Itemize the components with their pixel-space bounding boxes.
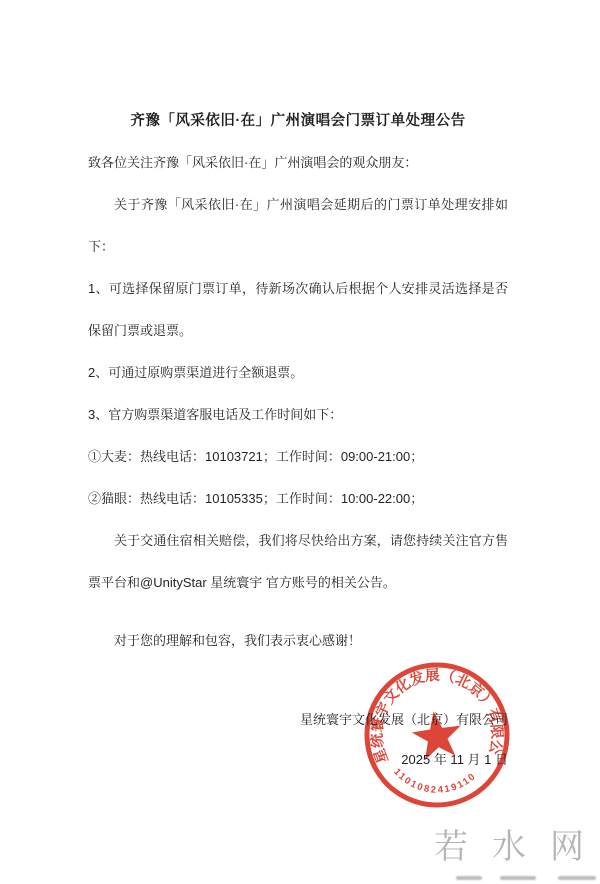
page-title: 齐豫「风采依旧·在」广州演唱会门票订单处理公告 bbox=[88, 106, 508, 136]
hotline-maoyan: ②猫眼：热线电话：10105335；工作时间：10:00-22:00； bbox=[88, 478, 508, 520]
hotline-damai: ①大麦：热线电话：10103721；工作时间：09:00-21:00； bbox=[88, 436, 508, 478]
list-item-3: 3、官方购票渠道客服电话及工作时间如下： bbox=[88, 394, 508, 436]
watermark-text: 若水网 bbox=[434, 829, 600, 865]
list-item-1: 1、可选择保留原门票订单，待新场次确认后根据个人安排灵活选择是否保留门票或退票。 bbox=[88, 268, 508, 352]
watermark-subtext-3 bbox=[558, 876, 596, 880]
signature-block: 星统寰宇文化发展（北京）有限公司 2025 年 11 月 1 日 bbox=[188, 700, 508, 780]
company-name: 星统寰宇文化发展（北京）有限公司 bbox=[188, 700, 508, 740]
announcement-document: 齐豫「风采依旧·在」广州演唱会门票订单处理公告 致各位关注齐豫「风采依旧·在」广… bbox=[0, 0, 600, 884]
date-line: 2025 年 11 月 1 日 bbox=[188, 740, 508, 780]
watermark-subtext-1 bbox=[456, 876, 482, 880]
greeting-line: 致各位关注齐豫「风采依旧·在」广州演唱会的观众朋友： bbox=[88, 142, 508, 184]
list-item-2: 2、可通过原购票渠道进行全额退票。 bbox=[88, 352, 508, 394]
watermark-subtext-2 bbox=[500, 876, 536, 880]
intro-line: 关于齐豫「风采依旧·在」广州演唱会延期后的门票订单处理安排如下： bbox=[88, 184, 508, 268]
compensation-line: 关于交通住宿相关赔偿，我们将尽快给出方案，请您持续关注官方售票平台和@Unity… bbox=[88, 520, 508, 604]
document-body: 齐豫「风采依旧·在」广州演唱会门票订单处理公告 致各位关注齐豫「风采依旧·在」广… bbox=[0, 0, 600, 662]
